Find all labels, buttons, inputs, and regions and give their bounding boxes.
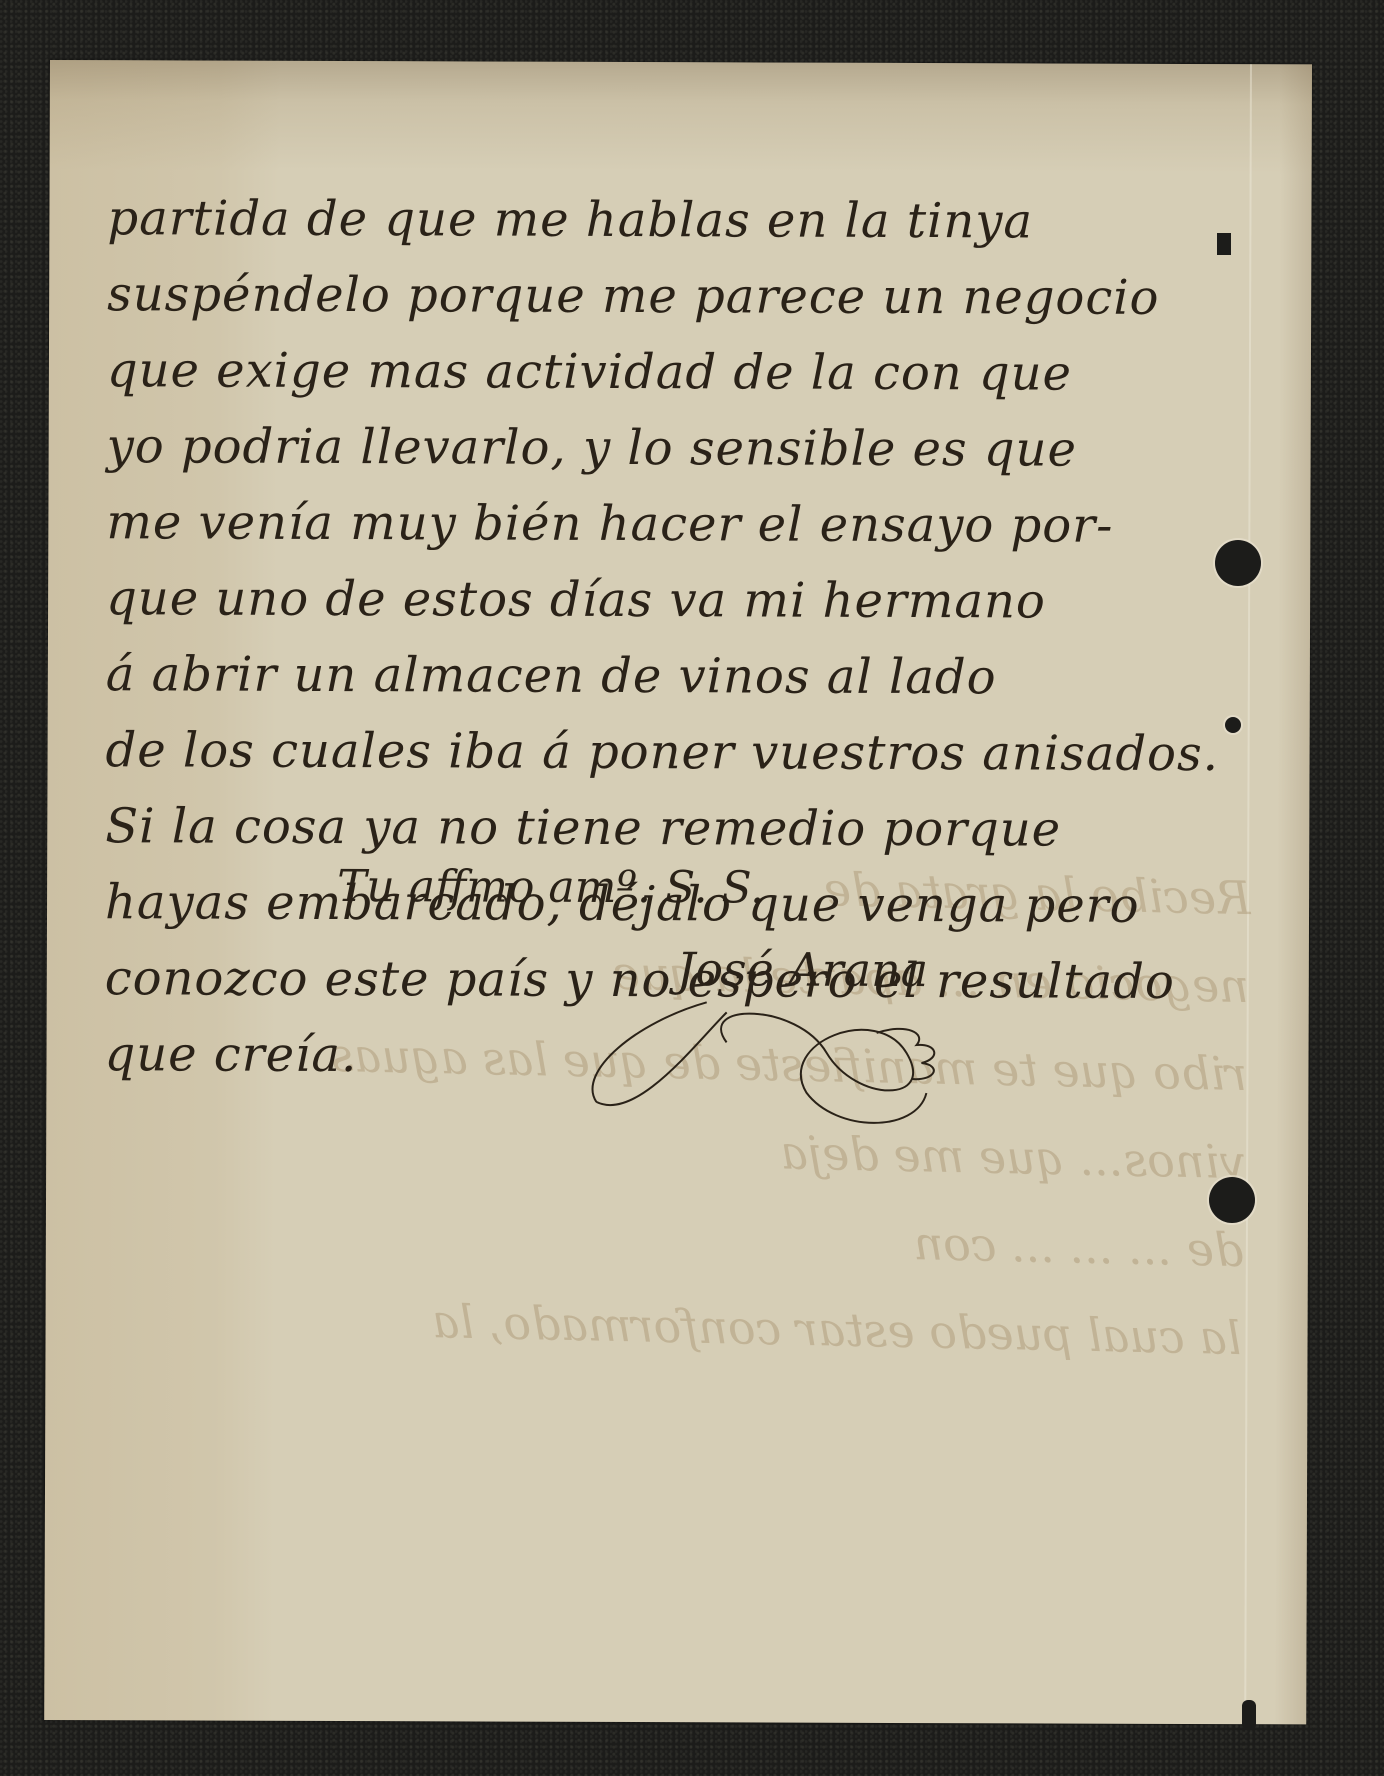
body-line: Si la cosa ya no tiene remedio porque: [105, 788, 1235, 868]
body-line: que exige mas actividad de la con que: [107, 332, 1237, 412]
signature-flourish-icon: [576, 982, 967, 1143]
punch-hole: [1209, 1177, 1255, 1223]
body-line: yo podria llevarlo, y lo sensible es que: [107, 408, 1237, 488]
letter-body: partida de que me hablas en la tinya sus…: [104, 180, 1237, 1096]
body-line: suspéndelo porque me parece un negocio: [107, 256, 1237, 336]
bleed-line: de ... ... ... con: [103, 1182, 1245, 1294]
body-line: me venía muy bién hacer el ensayo por-: [106, 484, 1236, 564]
edge-tear: [1242, 1700, 1256, 1730]
body-line: partida de que me hablas en la tinya: [107, 180, 1237, 260]
pin-hole: [1225, 717, 1241, 733]
fold-line: [1244, 64, 1252, 1724]
closing-salutation: Tu affmo amº. S. S.: [337, 861, 764, 913]
pin-hole: [1217, 233, 1231, 255]
body-line: de los cuales iba á poner vuestros anisa…: [105, 712, 1235, 792]
body-line: que uno de estos días va mi hermano: [106, 560, 1236, 640]
body-line: á abrir un almacen de vinos al lado: [106, 636, 1236, 716]
letter-page: Recibo la grata denegocio en ... aparte …: [44, 60, 1312, 1724]
bleed-line: la cual puedo estar conformado, la: [101, 1270, 1243, 1382]
punch-hole: [1215, 540, 1261, 586]
